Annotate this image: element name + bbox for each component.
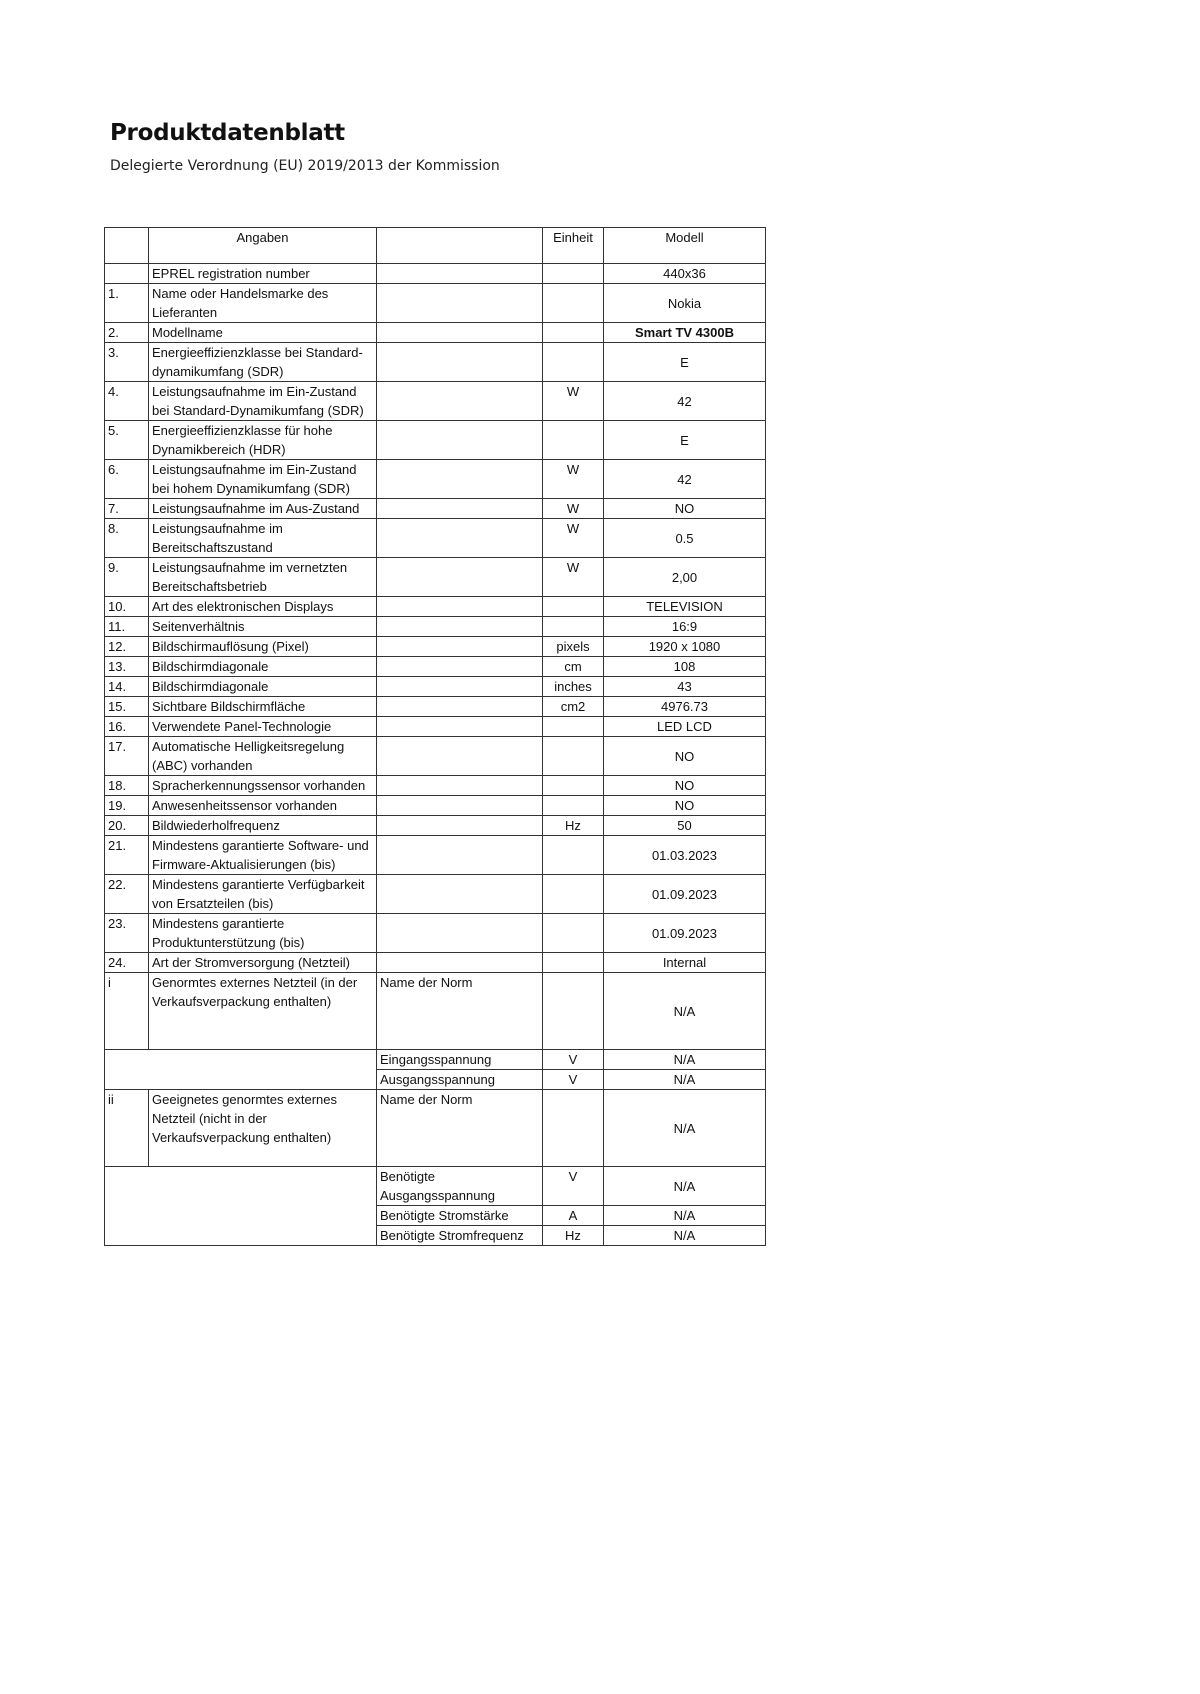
- row-description: Bildschirmdiagonale: [149, 677, 377, 697]
- row-value: 42: [604, 382, 766, 421]
- row-value: NO: [604, 737, 766, 776]
- row-unit: [543, 343, 604, 382]
- row-number: 17.: [105, 737, 149, 776]
- row-value: LED LCD: [604, 717, 766, 737]
- row-sub: [377, 597, 543, 617]
- row-sub: [377, 460, 543, 499]
- row-number: 7.: [105, 499, 149, 519]
- row-sub: [377, 717, 543, 737]
- blank-cell: [105, 1167, 377, 1246]
- row-number: 23.: [105, 914, 149, 953]
- table-row: 9.Leistungsaufnahme im vernetzten Bereit…: [105, 558, 766, 597]
- row-number: [105, 264, 149, 284]
- row-value: 2,00: [604, 558, 766, 597]
- table-row: 14.Bildschirmdiagonaleinches43: [105, 677, 766, 697]
- row-description: Energieeffizienzklasse für hohe Dynamikb…: [149, 421, 377, 460]
- row-unit: [543, 264, 604, 284]
- row-description: Energieeffizienzklasse bei Standard-dyna…: [149, 343, 377, 382]
- table-row: EingangsspannungVN/A: [105, 1050, 766, 1070]
- row-number: 18.: [105, 776, 149, 796]
- sub-unit: V: [543, 1050, 604, 1070]
- table-row: 4.Leistungsaufnahme im Ein-Zustand bei S…: [105, 382, 766, 421]
- sub-value: N/A: [604, 1206, 766, 1226]
- row-number: 1.: [105, 284, 149, 323]
- blank-cell: [105, 1050, 377, 1090]
- row-sub: [377, 637, 543, 657]
- row-number: 15.: [105, 697, 149, 717]
- row-value: 01.09.2023: [604, 914, 766, 953]
- sub-label: Benötigte Ausgangsspannung: [377, 1167, 543, 1206]
- table-row: 6.Leistungsaufnahme im Ein-Zustand bei h…: [105, 460, 766, 499]
- row-description: Mindestens garantierte Verfügbarkeit von…: [149, 875, 377, 914]
- table-row: 19.Anwesenheitssensor vorhandenNO: [105, 796, 766, 816]
- table-row: 20.BildwiederholfrequenzHz50: [105, 816, 766, 836]
- row-sub: [377, 677, 543, 697]
- row-description: Art des elektronischen Displays: [149, 597, 377, 617]
- row-value: 108: [604, 657, 766, 677]
- row-description: Bildwiederholfrequenz: [149, 816, 377, 836]
- row-sub: [377, 836, 543, 875]
- row-unit: W: [543, 499, 604, 519]
- row-sub: [377, 617, 543, 637]
- table-row: 21.Mindestens garantierte Software- und …: [105, 836, 766, 875]
- row-description: Geeignetes genormtes externes Netzteil (…: [149, 1090, 377, 1167]
- row-number: i: [105, 973, 149, 1050]
- row-description: Automatische Helligkeitsregelung (ABC) v…: [149, 737, 377, 776]
- row-sub: [377, 421, 543, 460]
- table-row: 23.Mindestens garantierte Produktunterst…: [105, 914, 766, 953]
- table-row: 7.Leistungsaufnahme im Aus-ZustandWNO: [105, 499, 766, 519]
- row-number: 5.: [105, 421, 149, 460]
- row-number: 22.: [105, 875, 149, 914]
- header-num: [105, 228, 149, 264]
- row-sub: [377, 697, 543, 717]
- row-description: Modellname: [149, 323, 377, 343]
- header-description: Angaben: [149, 228, 377, 264]
- row-value: 01.09.2023: [604, 875, 766, 914]
- row-unit: cm: [543, 657, 604, 677]
- table-row: 2.ModellnameSmart TV 4300B: [105, 323, 766, 343]
- row-description: Leistungsaufnahme im Aus-Zustand: [149, 499, 377, 519]
- row-description: Leistungsaufnahme im vernetzten Bereitsc…: [149, 558, 377, 597]
- table-row: 8.Leistungsaufnahme im Bereitschaftszust…: [105, 519, 766, 558]
- row-value: 50: [604, 816, 766, 836]
- sub-value: N/A: [604, 1050, 766, 1070]
- header-sub: [377, 228, 543, 264]
- sub-unit: Hz: [543, 1226, 604, 1246]
- row-unit: [543, 617, 604, 637]
- row-description: Leistungsaufnahme im Bereitschaftszustan…: [149, 519, 377, 558]
- table-row: iiGeeignetes genormtes externes Netzteil…: [105, 1090, 766, 1167]
- row-description: Bildschirmauflösung (Pixel): [149, 637, 377, 657]
- sub-label: Benötigte Stromstärke: [377, 1206, 543, 1226]
- row-value: 43: [604, 677, 766, 697]
- row-description: EPREL registration number: [149, 264, 377, 284]
- row-description: Mindestens garantierte Software- und Fir…: [149, 836, 377, 875]
- row-description: Seitenverhältnis: [149, 617, 377, 637]
- row-number: 16.: [105, 717, 149, 737]
- row-value: E: [604, 343, 766, 382]
- row-unit: pixels: [543, 637, 604, 657]
- table-row: 22.Mindestens garantierte Verfügbarkeit …: [105, 875, 766, 914]
- page-subtitle: Delegierte Verordnung (EU) 2019/2013 der…: [110, 158, 500, 174]
- sub-unit: A: [543, 1206, 604, 1226]
- row-sub: [377, 953, 543, 973]
- table-row: 3.Energieeffizienzklasse bei Standard-dy…: [105, 343, 766, 382]
- page-title: Produktdatenblatt: [110, 120, 345, 146]
- sub-unit: V: [543, 1167, 604, 1206]
- row-unit: W: [543, 382, 604, 421]
- row-description: Leistungsaufnahme im Ein-Zustand bei hoh…: [149, 460, 377, 499]
- row-number: 20.: [105, 816, 149, 836]
- row-value: 01.03.2023: [604, 836, 766, 875]
- table-row: 15.Sichtbare Bildschirmflächecm24976.73: [105, 697, 766, 717]
- row-sub: [377, 737, 543, 776]
- sub-unit: [543, 973, 604, 1050]
- table-header-row: Angaben Einheit Modell: [105, 228, 766, 264]
- table-row: 5.Energieeffizienzklasse für hohe Dynami…: [105, 421, 766, 460]
- row-sub: [377, 323, 543, 343]
- row-unit: [543, 597, 604, 617]
- row-unit: [543, 717, 604, 737]
- row-sub: [377, 558, 543, 597]
- row-value: 4976.73: [604, 697, 766, 717]
- sub-value: N/A: [604, 1167, 766, 1206]
- row-number: 24.: [105, 953, 149, 973]
- row-value: Smart TV 4300B: [604, 323, 766, 343]
- table-row: 13.Bildschirmdiagonalecm108: [105, 657, 766, 677]
- table-row: 10.Art des elektronischen DisplaysTELEVI…: [105, 597, 766, 617]
- row-sub: [377, 657, 543, 677]
- row-value: E: [604, 421, 766, 460]
- row-description: Anwesenheitssensor vorhanden: [149, 796, 377, 816]
- row-number: 2.: [105, 323, 149, 343]
- row-number: 10.: [105, 597, 149, 617]
- sub-value: N/A: [604, 1226, 766, 1246]
- sub-label: Eingangsspannung: [377, 1050, 543, 1070]
- row-unit: [543, 323, 604, 343]
- table-row: 17.Automatische Helligkeitsregelung (ABC…: [105, 737, 766, 776]
- row-description: Mindestens garantierte Produktunterstütz…: [149, 914, 377, 953]
- row-unit: W: [543, 558, 604, 597]
- row-value: 440x36: [604, 264, 766, 284]
- row-number: 11.: [105, 617, 149, 637]
- row-value: Internal: [604, 953, 766, 973]
- table-row: 12.Bildschirmauflösung (Pixel)pixels1920…: [105, 637, 766, 657]
- row-description: Name oder Handelsmarke des Lieferanten: [149, 284, 377, 323]
- row-unit: [543, 836, 604, 875]
- table-row: 1.Name oder Handelsmarke des Lieferanten…: [105, 284, 766, 323]
- row-value: 1920 x 1080: [604, 637, 766, 657]
- row-unit: Hz: [543, 816, 604, 836]
- row-number: 4.: [105, 382, 149, 421]
- row-value: TELEVISION: [604, 597, 766, 617]
- row-number: 8.: [105, 519, 149, 558]
- table-row: 24.Art der Stromversorgung (Netzteil)Int…: [105, 953, 766, 973]
- row-unit: [543, 953, 604, 973]
- sub-label: Ausgangsspannung: [377, 1070, 543, 1090]
- table-row: 16.Verwendete Panel-TechnologieLED LCD: [105, 717, 766, 737]
- header-value: Modell: [604, 228, 766, 264]
- row-number: 6.: [105, 460, 149, 499]
- sub-unit: V: [543, 1070, 604, 1090]
- row-number: 3.: [105, 343, 149, 382]
- row-unit: W: [543, 460, 604, 499]
- table-row: 11.Seitenverhältnis16:9: [105, 617, 766, 637]
- table-row: Benötigte AusgangsspannungVN/A: [105, 1167, 766, 1206]
- row-sub: [377, 284, 543, 323]
- sub-label: Name der Norm: [377, 973, 543, 1050]
- sub-label: Benötigte Stromfrequenz: [377, 1226, 543, 1246]
- row-value: NO: [604, 499, 766, 519]
- row-sub: [377, 914, 543, 953]
- row-value: NO: [604, 796, 766, 816]
- row-number: 21.: [105, 836, 149, 875]
- row-unit: [543, 284, 604, 323]
- row-unit: cm2: [543, 697, 604, 717]
- row-unit: inches: [543, 677, 604, 697]
- row-value: Nokia: [604, 284, 766, 323]
- row-sub: [377, 499, 543, 519]
- row-sub: [377, 343, 543, 382]
- product-data-table: Angaben Einheit Modell EPREL registratio…: [104, 227, 766, 1246]
- sub-value: N/A: [604, 1090, 766, 1167]
- row-number: 14.: [105, 677, 149, 697]
- row-unit: [543, 776, 604, 796]
- header-unit: Einheit: [543, 228, 604, 264]
- row-unit: [543, 737, 604, 776]
- row-sub: [377, 875, 543, 914]
- row-number: 9.: [105, 558, 149, 597]
- row-sub: [377, 816, 543, 836]
- row-description: Spracherkennungssensor vorhanden: [149, 776, 377, 796]
- row-description: Art der Stromversorgung (Netzteil): [149, 953, 377, 973]
- row-unit: [543, 914, 604, 953]
- row-unit: [543, 796, 604, 816]
- row-unit: W: [543, 519, 604, 558]
- row-value: 0.5: [604, 519, 766, 558]
- row-description: Genormtes externes Netzteil (in der Verk…: [149, 973, 377, 1050]
- row-unit: [543, 421, 604, 460]
- row-sub: [377, 776, 543, 796]
- sub-value: N/A: [604, 1070, 766, 1090]
- row-description: Verwendete Panel-Technologie: [149, 717, 377, 737]
- table-row: 18.Spracherkennungssensor vorhandenNO: [105, 776, 766, 796]
- sub-unit: [543, 1090, 604, 1167]
- row-sub: [377, 382, 543, 421]
- row-number: 13.: [105, 657, 149, 677]
- row-value: 16:9: [604, 617, 766, 637]
- row-description: Sichtbare Bildschirmfläche: [149, 697, 377, 717]
- table-row: iGenormtes externes Netzteil (in der Ver…: [105, 973, 766, 1050]
- row-number: 19.: [105, 796, 149, 816]
- row-description: Bildschirmdiagonale: [149, 657, 377, 677]
- row-description: Leistungsaufnahme im Ein-Zustand bei Sta…: [149, 382, 377, 421]
- row-sub: [377, 264, 543, 284]
- row-number: 12.: [105, 637, 149, 657]
- row-sub: [377, 519, 543, 558]
- row-value: 42: [604, 460, 766, 499]
- sub-label: Name der Norm: [377, 1090, 543, 1167]
- row-number: ii: [105, 1090, 149, 1167]
- row-sub: [377, 796, 543, 816]
- row-unit: [543, 875, 604, 914]
- table-row: EPREL registration number440x36: [105, 264, 766, 284]
- sub-value: N/A: [604, 973, 766, 1050]
- row-value: NO: [604, 776, 766, 796]
